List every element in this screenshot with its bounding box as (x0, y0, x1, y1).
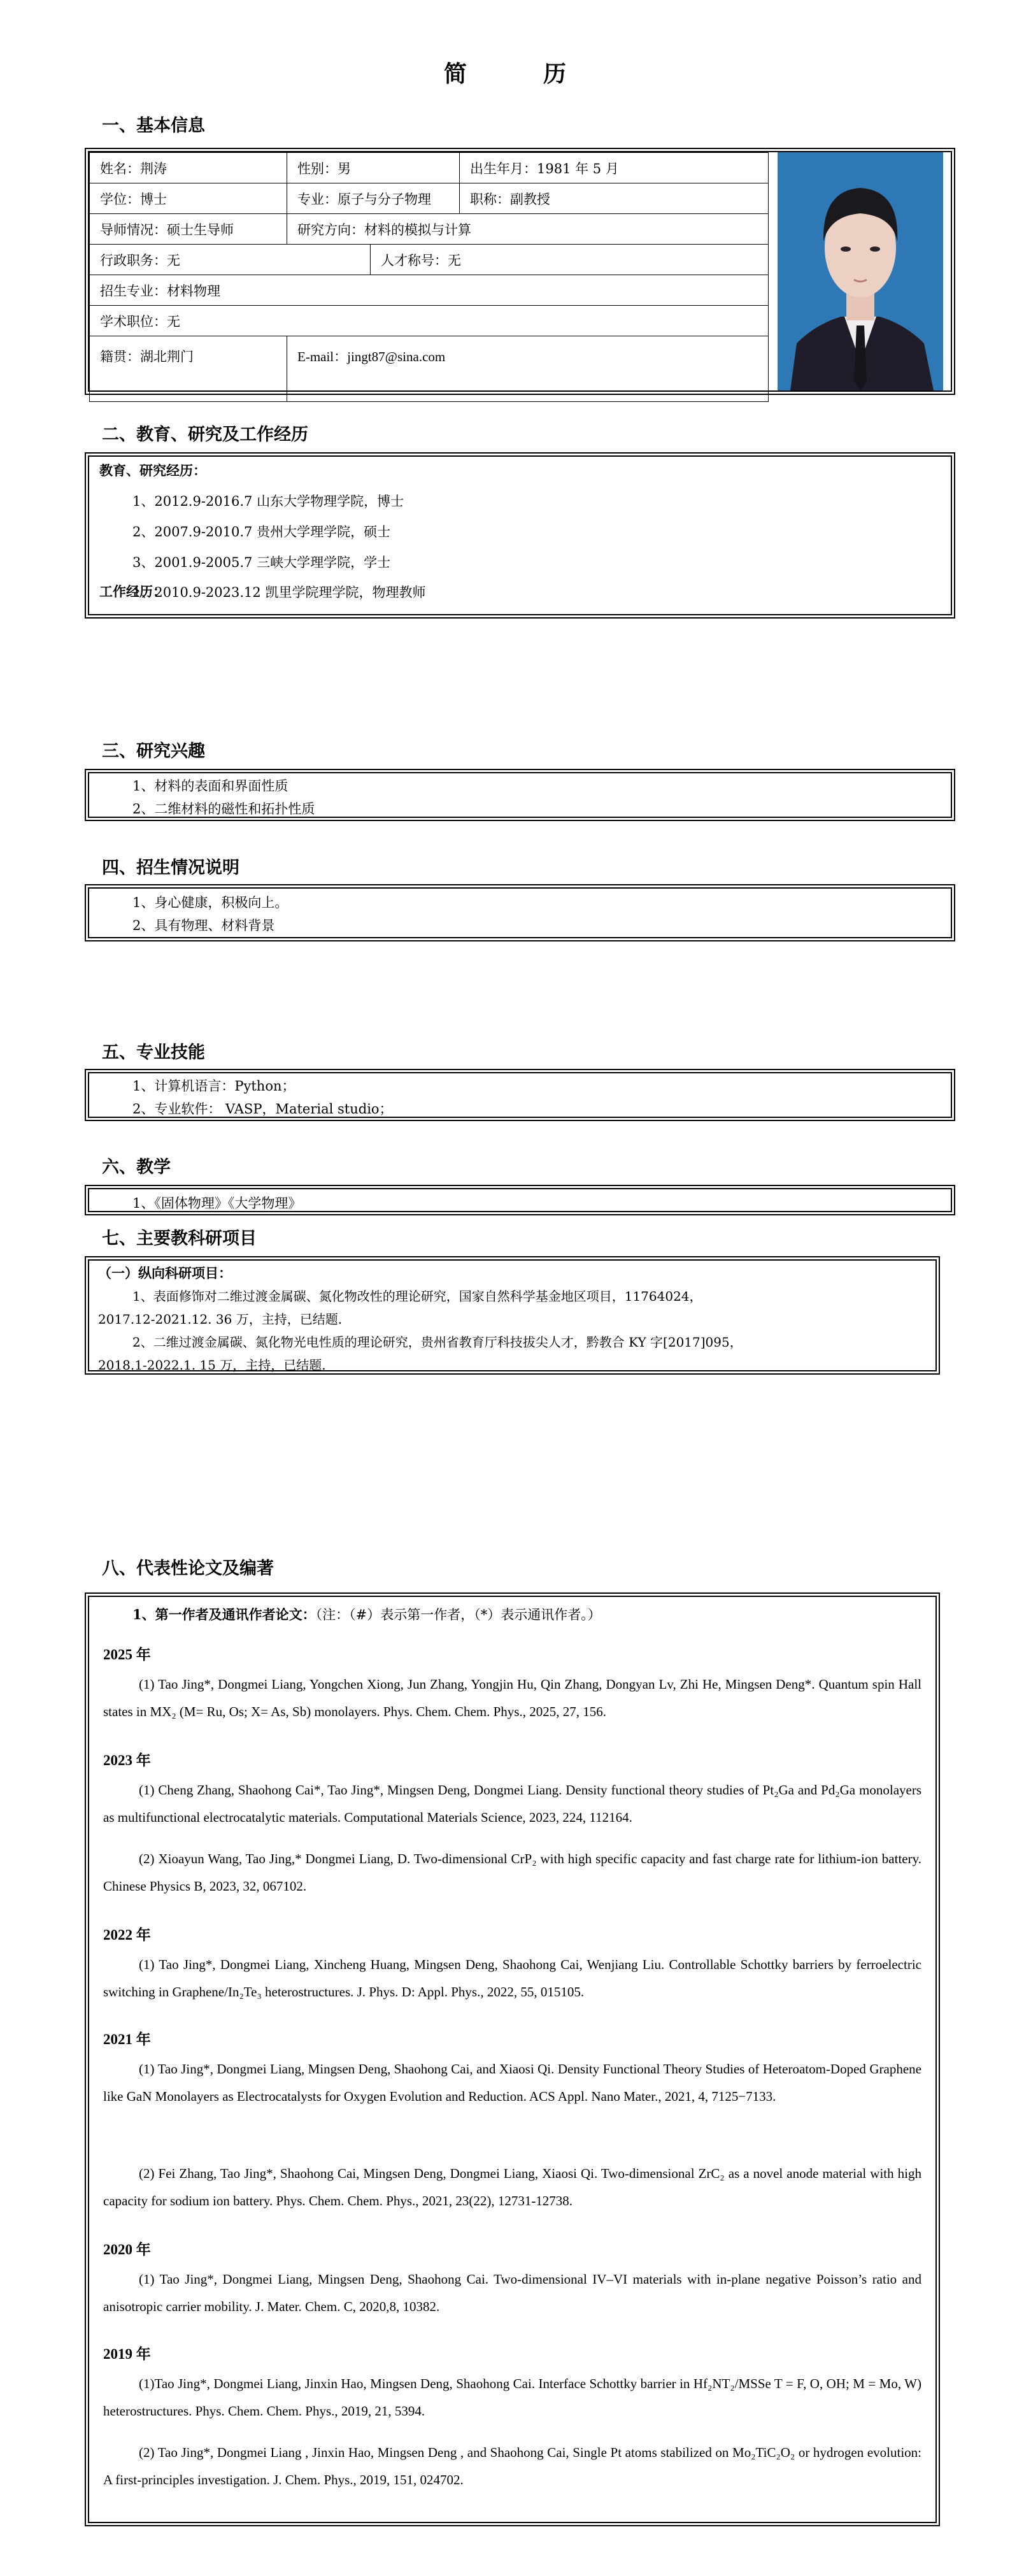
enroll-major-cell: 招生专业：材料物理 (90, 275, 769, 306)
skill-item: 1、计算机语言：Python； (132, 1076, 295, 1095)
title-cell: 职称：副教授 (460, 183, 769, 214)
papers-box: 1、第一作者及通讯作者论文：（注：（#）表示第一作者，（*）表示通讯作者。） 2… (85, 1592, 940, 2526)
teaching-item: 1、《固体物理》《大学物理》 (132, 1193, 301, 1212)
section-heading-basic: 一、基本信息 (102, 111, 205, 136)
interests-box: 1、材料的表面和界面性质 2、二维材料的磁性和拓扑性质 (85, 769, 955, 821)
interest-item: 2、二维材料的磁性和拓扑性质 (132, 799, 315, 818)
paper-item: (1) Tao Jing*, Dongmei Liang, Yongchen X… (103, 1671, 921, 1726)
paper-item: (1)Tao Jing*, Dongmei Liang, Jinxin Hao,… (103, 2370, 921, 2425)
edu-item: 1、2012.9-2016.7 山东大学物理学院，博士 (132, 491, 404, 510)
hometown-cell: 籍贯：湖北荆门 (90, 336, 287, 402)
section-heading-interests: 三、研究兴趣 (102, 737, 205, 762)
birth-cell: 出生年月：1981 年 5 月 (460, 153, 769, 183)
project-item: 1、表面修饰对二维过渡金属碳、氮化物改性的理论研究，国家自然科学基金地区项目，1… (132, 1286, 702, 1305)
person-portrait-icon (778, 152, 943, 390)
edu-item: 3、2001.9-2005.7 三峡大学理学院，学士 (132, 552, 390, 571)
papers-intro-label: 1、第一作者及通讯作者论文： (132, 1606, 316, 1622)
paper-item: (1) Tao Jing*, Dongmei Liang, Xincheng H… (103, 1951, 921, 2006)
project-item-cont: 2018.1-2022.1. 15 万，主持，已结题. (98, 1355, 326, 1373)
table-row: 姓名：荆涛 性别：男 出生年月：1981 年 5 月 (90, 153, 769, 183)
project-item-cont: 2017.12-2021.12. 36 万，主持，已结题. (98, 1309, 342, 1327)
major-cell: 专业：原子与分子物理 (287, 183, 460, 214)
academic-position-cell: 学术职位：无 (90, 306, 769, 336)
projects-box: （一）纵向科研项目： 1、表面修饰对二维过渡金属碳、氮化物改性的理论研究，国家自… (85, 1256, 940, 1375)
gender-cell: 性别：男 (287, 153, 460, 183)
name-cell: 姓名：荆涛 (90, 153, 287, 183)
paper-item: (1) Tao Jing*, Dongmei Liang, Mingsen De… (103, 2266, 921, 2321)
basic-info-table: 姓名：荆涛 性别：男 出生年月：1981 年 5 月 学位：博士 专业：原子与分… (89, 152, 769, 402)
paper-item: (2) Fei Zhang, Tao Jing*, Shaohong Cai, … (103, 2160, 921, 2215)
edu-item: 2、2007.9-2010.7 贵州大学理学院，硕士 (132, 522, 390, 541)
admission-item: 2、具有物理、材料背景 (132, 915, 274, 934)
table-row: 籍贯：湖北荆门 E-mail：jingt87@sina.com (90, 336, 769, 402)
section-heading-skills: 五、专业技能 (102, 1038, 205, 1063)
table-row: 学术职位：无 (90, 306, 769, 336)
paper-item: (2) Xioayun Wang, Tao Jing,* Dongmei Lia… (103, 1845, 921, 1900)
year-label: 2020 年 (103, 2238, 151, 2259)
section-heading-papers: 八、代表性论文及编著 (102, 1554, 274, 1579)
talent-title-cell: 人才称号：无 (371, 245, 769, 275)
table-row: 招生专业：材料物理 (90, 275, 769, 306)
profile-photo (778, 152, 943, 390)
paper-item: (1) Cheng Zhang, Shaohong Cai*, Tao Jing… (103, 1777, 921, 1831)
skills-box: 1、计算机语言：Python； 2、专业软件： VASP，Material st… (85, 1069, 955, 1121)
admin-position-cell: 行政职务：无 (90, 245, 371, 275)
paper-item: (1) Tao Jing*, Dongmei Liang, Mingsen De… (103, 2056, 921, 2110)
teaching-box: 1、《固体物理》《大学物理》 (85, 1185, 955, 1215)
page-title: 简历 (0, 56, 1010, 89)
skill-item: 2、专业软件： VASP，Material studio； (132, 1099, 393, 1118)
table-row: 导师情况：硕士生导师 研究方向：材料的模拟与计算 (90, 214, 769, 245)
year-label: 2023 年 (103, 1749, 151, 1770)
section-heading-projects: 七、主要教科研项目 (102, 1224, 257, 1249)
section-heading-admission: 四、招生情况说明 (102, 854, 239, 878)
year-label: 2019 年 (103, 2342, 151, 2363)
projects-sub-heading: （一）纵向科研项目： (98, 1263, 232, 1282)
admission-item: 1、身心健康，积极向上。 (132, 892, 288, 912)
year-label: 2022 年 (103, 1923, 151, 1944)
project-item: 2、二维过渡金属碳、氮化物光电性质的理论研究，贵州省教育厅科技拔尖人才，黔教合 … (132, 1332, 743, 1350)
papers-intro-note: （注：（#）表示第一作者，（*）表示通讯作者。） (316, 1607, 601, 1622)
degree-cell: 学位：博士 (90, 183, 287, 214)
table-row: 行政职务：无 人才称号：无 (90, 245, 769, 275)
year-label: 2021 年 (103, 2028, 151, 2049)
section-heading-education: 二、教育、研究及工作经历 (102, 420, 308, 445)
section-heading-teaching: 六、教学 (102, 1153, 171, 1178)
email-cell: E-mail：jingt87@sina.com (287, 336, 769, 402)
papers-intro: 1、第一作者及通讯作者论文：（注：（#）表示第一作者，（*）表示通讯作者。） (132, 1605, 601, 1624)
edu-label: 教育、研究经历： (99, 461, 206, 480)
table-row: 学位：博士 专业：原子与分子物理 职称：副教授 (90, 183, 769, 214)
supervisor-cell: 导师情况：硕士生导师 (90, 214, 287, 245)
year-label: 2025 年 (103, 1643, 151, 1664)
interest-item: 1、材料的表面和界面性质 (132, 776, 288, 795)
admission-box: 1、身心健康，积极向上。 2、具有物理、材料背景 (85, 884, 955, 941)
research-direction-cell: 研究方向：材料的模拟与计算 (287, 214, 769, 245)
work-item: 1、2010.9-2023.12 凯里学院理学院，物理教师 (132, 582, 425, 601)
paper-item: (2) Tao Jing*, Dongmei Liang , Jinxin Ha… (103, 2439, 921, 2494)
photo-cell (768, 152, 951, 390)
